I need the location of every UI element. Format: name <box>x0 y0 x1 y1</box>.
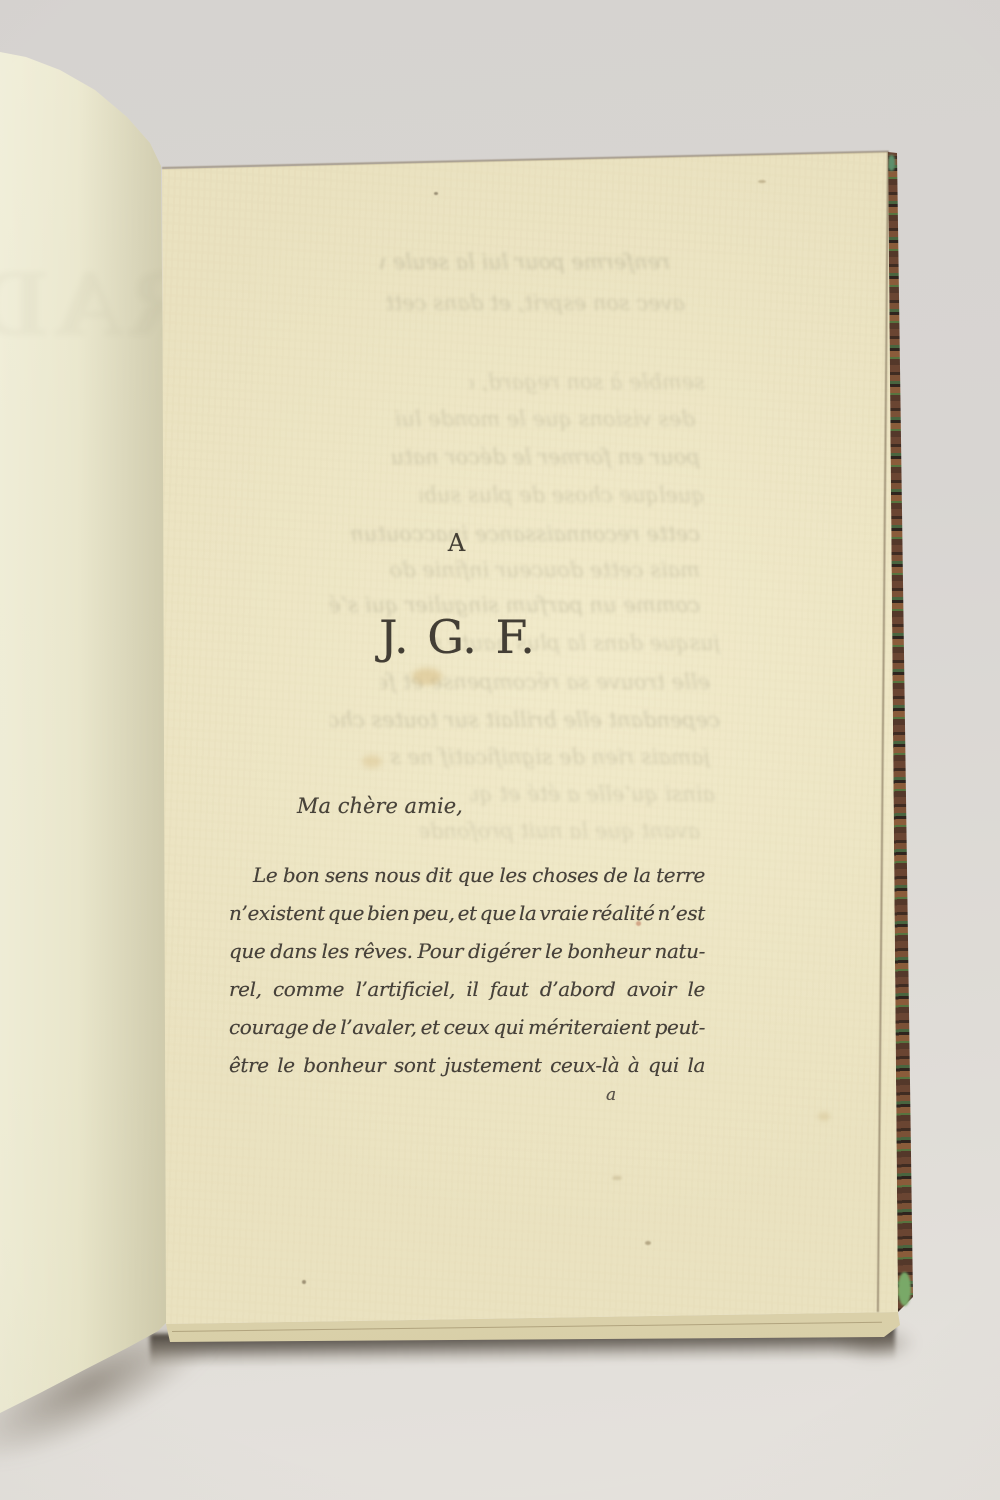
showthrough-line: mais cette douceur infinie dont le regar… <box>390 558 700 582</box>
dedication-paragraph: Lebonsensnousditqueleschosesdelaterre n’… <box>229 856 705 1084</box>
dedication-initial: A <box>222 529 692 557</box>
showthrough-line: des visions que le monde lui peut offrir <box>395 407 695 431</box>
dedication-line-6: êtrelebonheursontjustementceux-lààquila <box>229 1046 705 1084</box>
dedication-line-5: couragedel’avaler,etceuxquimériteraientp… <box>229 1008 705 1046</box>
showthrough-line: elle trouve sa récompense et femme et dé… <box>380 670 710 694</box>
dedication-line-3: quedanslesrêves.Pourdigérerlebonheurnatu… <box>229 932 705 970</box>
showthrough-line: semble à son regard, comme la plus parfa… <box>470 370 705 394</box>
book-photograph: RADIS renferme pour lui la seule vérité … <box>0 0 1000 1500</box>
marbled-green-spot-top <box>888 155 895 171</box>
signature-mark: a <box>606 1085 616 1105</box>
dedication-line-2: n’existentquebienpeu,etquelavraieréalité… <box>229 894 705 932</box>
dedicatee-name: J. G. F. <box>222 610 692 664</box>
facing-page: RADIS <box>0 0 172 1500</box>
showthrough-line: avant que la nuit profonde ne les recouv… <box>420 819 700 843</box>
showthrough-line: pour en former le décor naturel profond … <box>390 445 700 469</box>
showthrough-line: avec son esprit, et dans cette rêverie i… <box>385 291 685 315</box>
salutation: Ma chère amie, <box>297 794 463 818</box>
dedication-line-1: Lebonsensnousditqueleschosesdelaterre <box>229 856 705 894</box>
showthrough-line: cependant elle brillait sur toutes chose… <box>330 708 720 732</box>
showthrough-line: jamais rien de significatif ne se montre… <box>390 745 710 769</box>
showthrough-line: ainsi qu’elle a été et qu’elle demeure <box>470 782 715 806</box>
showthrough-line: quelque chose de plus subtil et de moins… <box>420 483 705 507</box>
dedication-line-4: rel,commel’artificiel,ilfautd’abordavoir… <box>229 970 705 1008</box>
showthrough-line: renferme pour lui la seule vérité des ch… <box>380 250 670 274</box>
marbled-green-spot <box>898 1272 911 1306</box>
